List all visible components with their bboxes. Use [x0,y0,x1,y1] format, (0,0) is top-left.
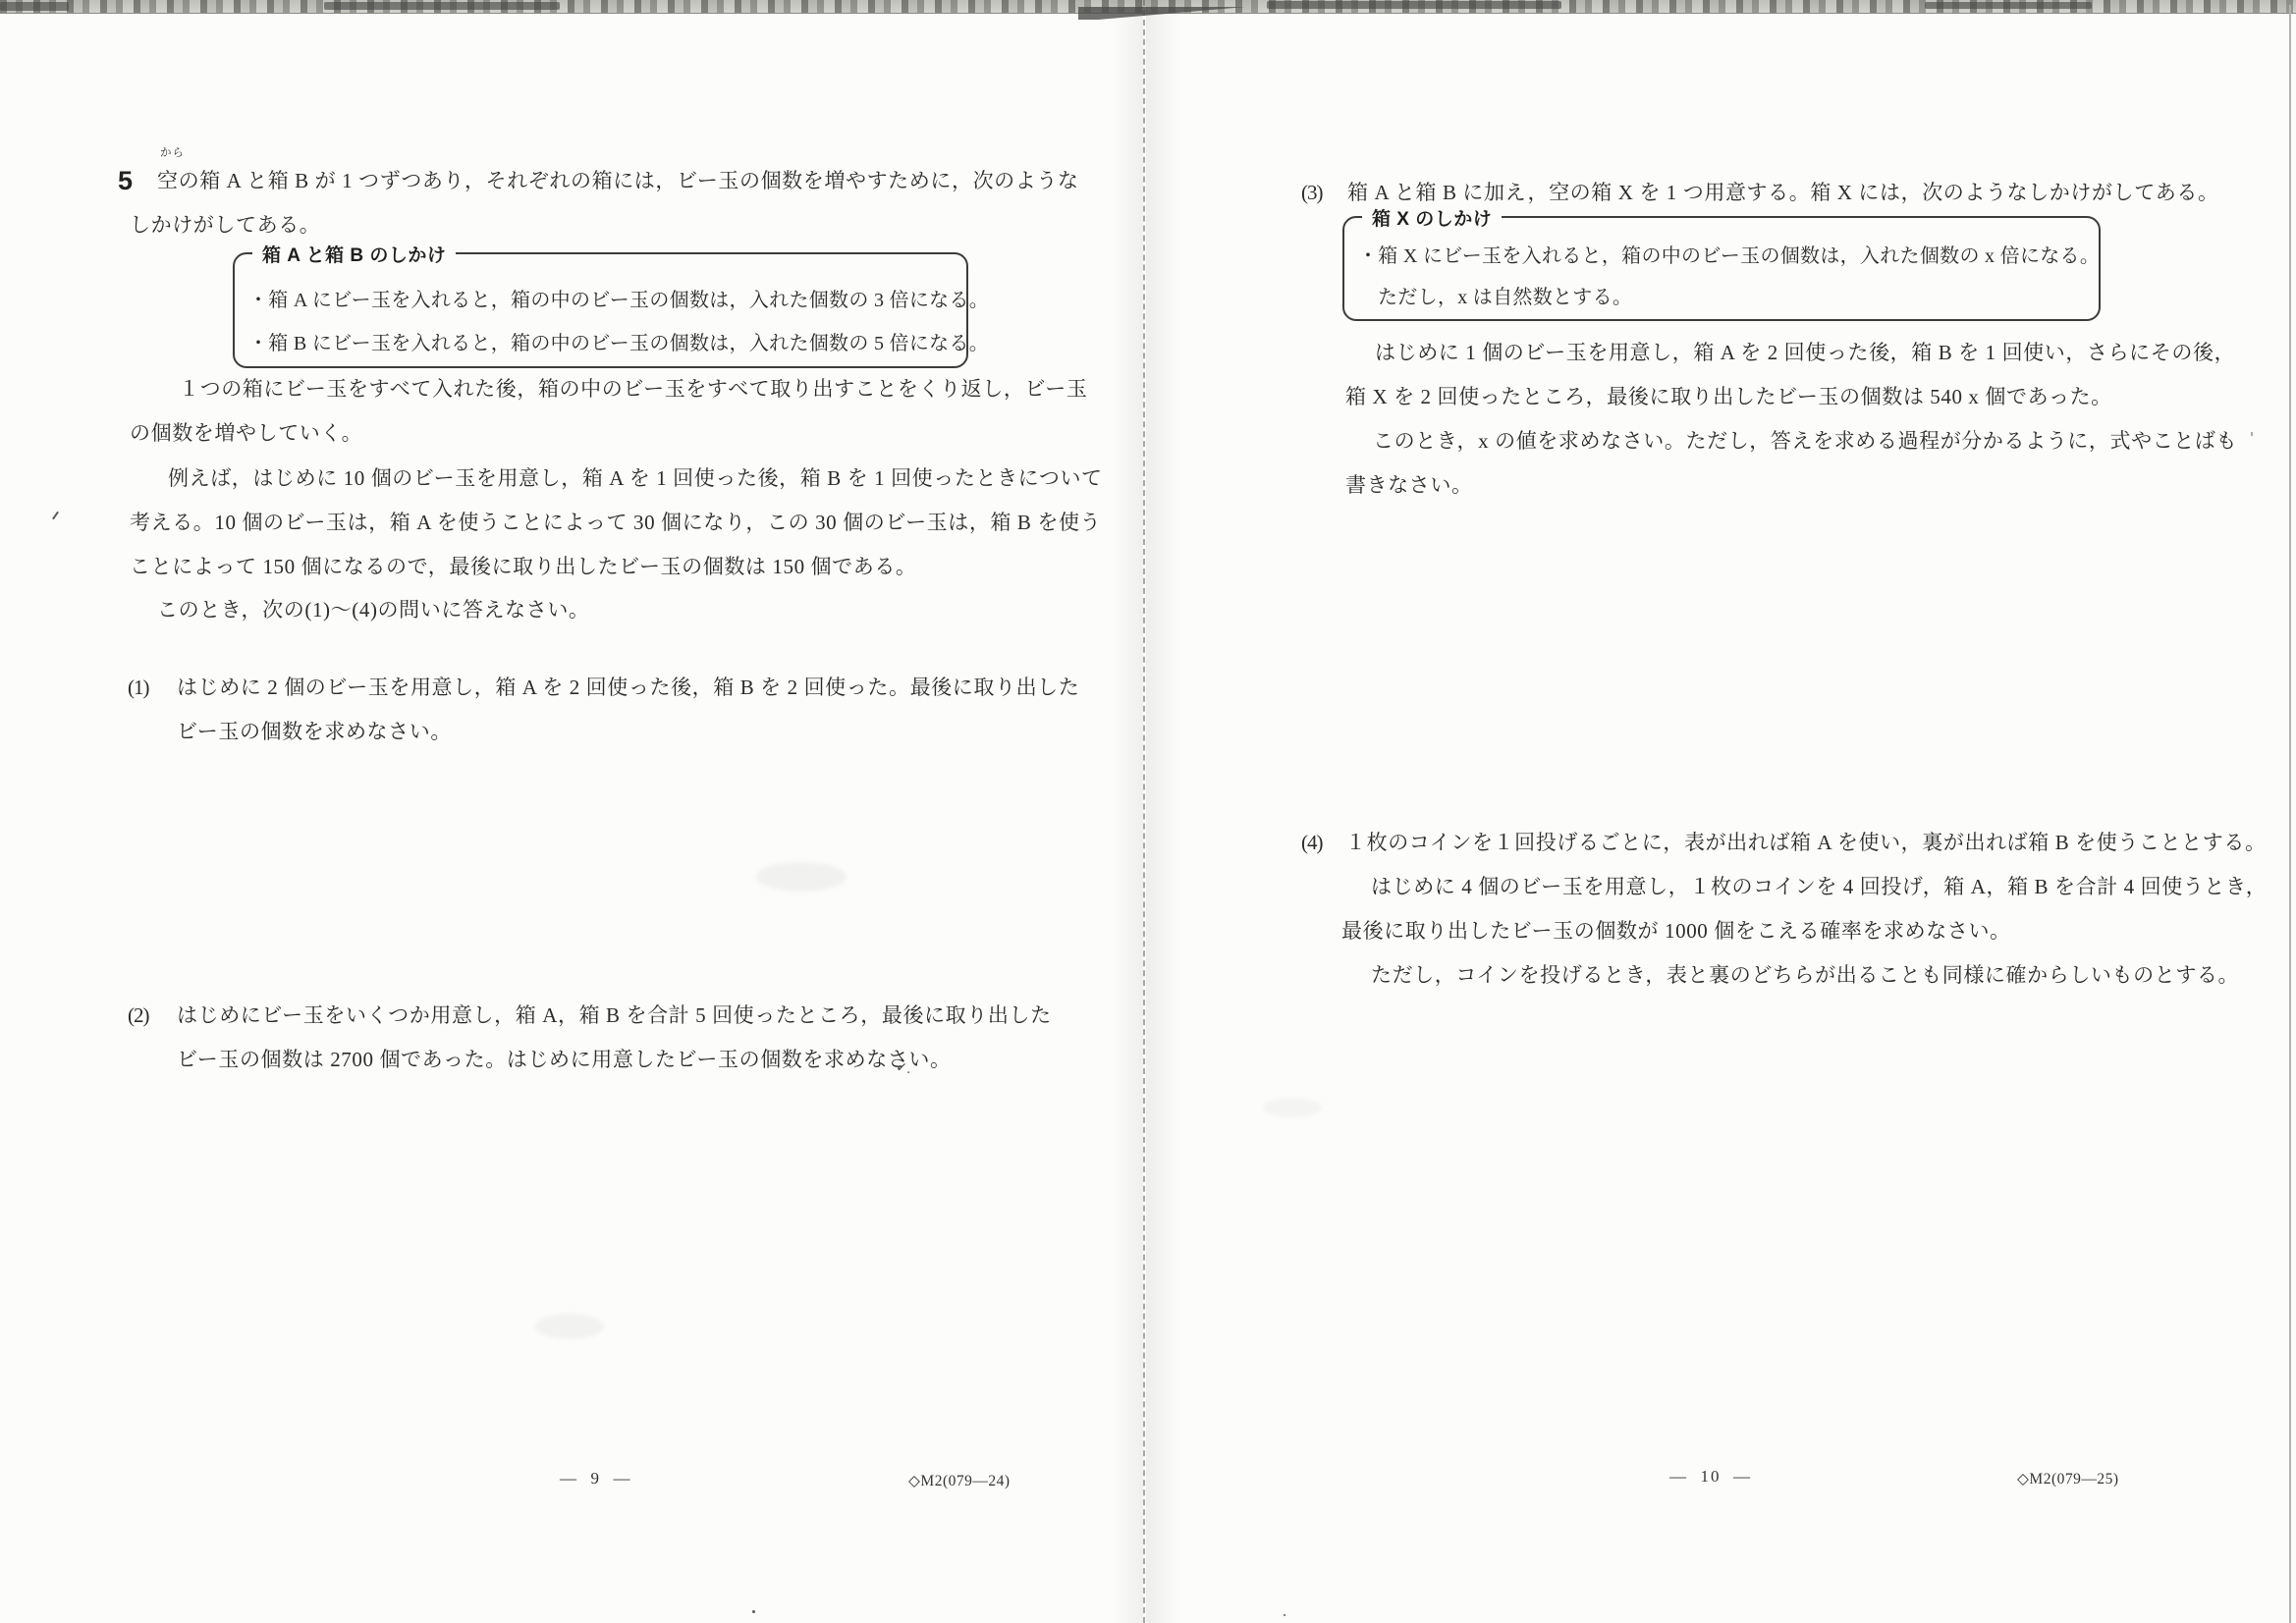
question-2-line: はじめにビー玉をいくつか用意し，箱 A，箱 B を合計 5 回使ったところ，最後… [177,1003,1052,1028]
body-paragraph-line: 考える。10 個のビー玉は，箱 A を使うことによって 30 個になり，この 3… [130,511,1101,535]
scan-smudge [756,862,847,892]
question-1-label: (1) [128,676,149,700]
scan-speck [752,1610,755,1613]
scan-noise-blob [1267,1,1561,9]
body-paragraph-line: 例えば，はじめに 10 個のビー玉を用意し，箱 A を 1 回使った後，箱 B … [168,466,1103,491]
page-fold-shadow-left [1112,0,1143,1623]
scan-speck [2251,432,2253,436]
question-3-label: (3) [1301,181,1323,205]
center-fold-line [1143,0,1145,1623]
question-3-paragraph-line: このとき，x の値を求めなさい。ただし，答えを求める過程が分かるように，式やこと… [1373,429,2237,454]
box-x-rule-line: ・箱 X にビー玉を入れると，箱の中のビー玉の個数は，入れた個数の x 倍になる… [1358,240,2100,268]
question-3-line: 箱 A と箱 B に加え，空の箱 X を 1 つ用意する。箱 X には，次のよう… [1347,181,2219,205]
box-x-rule-panel: 箱 X のしかけ ・箱 X にビー玉を入れると，箱の中のビー玉の個数は，入れた個… [1342,216,2101,321]
box-ab-rule-line: ・箱 B にビー玉を入れると，箱の中のビー玉の個数は，入れた個数の 5 倍になる… [248,327,989,355]
body-paragraph-line: ことによって 150 個になるので，最後に取り出したビー玉の個数は 150 個で… [130,555,917,579]
question-2-line: ビー玉の個数は 2700 個であった。はじめに用意したビー玉の個数を求めなさい。 [177,1048,952,1072]
questions-prompt: このとき，次の(1)～(4)の問いに答えなさい。 [157,598,590,622]
question-1-line: ビー玉の個数を求めなさい。 [177,720,452,744]
body-paragraph-line: １つの箱にビー玉をすべて入れた後，箱の中のビー玉をすべて取り出すことをくり返し，… [179,377,1087,402]
box-ab-rule-title: 箱 A と箱 B のしかけ [252,241,456,267]
box-ab-rule-panel: 箱 A と箱 B のしかけ ・箱 A にビー玉を入れると，箱の中のビー玉の個数は… [233,252,968,368]
scan-smudge [535,1314,604,1339]
document-code-left: ◇M2(079—24) [908,1472,1011,1490]
question-4-label: (4) [1301,831,1323,855]
scan-noise-blob [1925,2,2092,9]
question-3-paragraph-line: はじめに 1 個のビー玉を用意し，箱 A を 2 回使った後，箱 B を 1 回… [1375,341,2235,365]
box-x-rule-line: ただし，x は自然数とする。 [1378,281,1632,309]
scan-right-edge [2289,5,2291,1623]
question-4-line: ただし，コインを投げるとき，表と裏のどちらが出ることも同様に確からしいものとする… [1371,963,2239,988]
scan-noise-blob [324,2,560,10]
problem-heading-line: 空の箱 A と箱 B が 1 つずつあり，それぞれの箱には，ビー玉の個数を増やす… [157,169,1079,193]
question-3-paragraph-line: 箱 X を 2 回使ったところ，最後に取り出したビー玉の個数は 540 x 個で… [1345,385,2112,409]
question-3-paragraph-line: 書きなさい。 [1345,473,1473,498]
document-code-right: ◇M2(079—25) [2017,1470,2119,1488]
question-4-line: はじめに 4 個のビー玉を用意し，１枚のコインを 4 回投げ，箱 A，箱 B を… [1371,875,2267,899]
page-fold-shadow-right [1146,0,1179,1623]
scan-speck [1284,1614,1285,1616]
body-paragraph-line: の個数を増やしていく。 [130,421,362,446]
heading-furigana: から [160,147,185,161]
scan-noise-blob [0,2,69,11]
page-number-right: — 10 — [1669,1467,1752,1487]
problem-heading-line: しかけがしてある。 [130,213,320,238]
question-2-label: (2) [128,1003,149,1028]
box-ab-rule-line: ・箱 A にビー玉を入れると，箱の中のビー玉の個数は，入れた個数の 3 倍になる… [248,284,989,312]
question-4-line: １枚のコインを１回投げるごとに，表が出れば箱 A を使い，裏が出れば箱 B を使… [1345,831,2267,855]
question-1-line: はじめに 2 個のビー玉を用意し，箱 A を 2 回使った後，箱 B を 2 回… [177,676,1079,700]
scan-smudge [1263,1098,1322,1117]
question-4-line: 最後に取り出したビー玉の個数が 1000 個をこえる確率を求めなさい。 [1341,919,2011,944]
scanned-exam-page: { "left_page": { "problem_number": "5", … [0,0,2296,1623]
page-number-left: — 9 — [560,1469,632,1488]
scan-speck [52,512,59,520]
box-x-rule-title: 箱 X のしかけ [1362,204,1502,231]
problem-number: 5 [118,165,133,196]
